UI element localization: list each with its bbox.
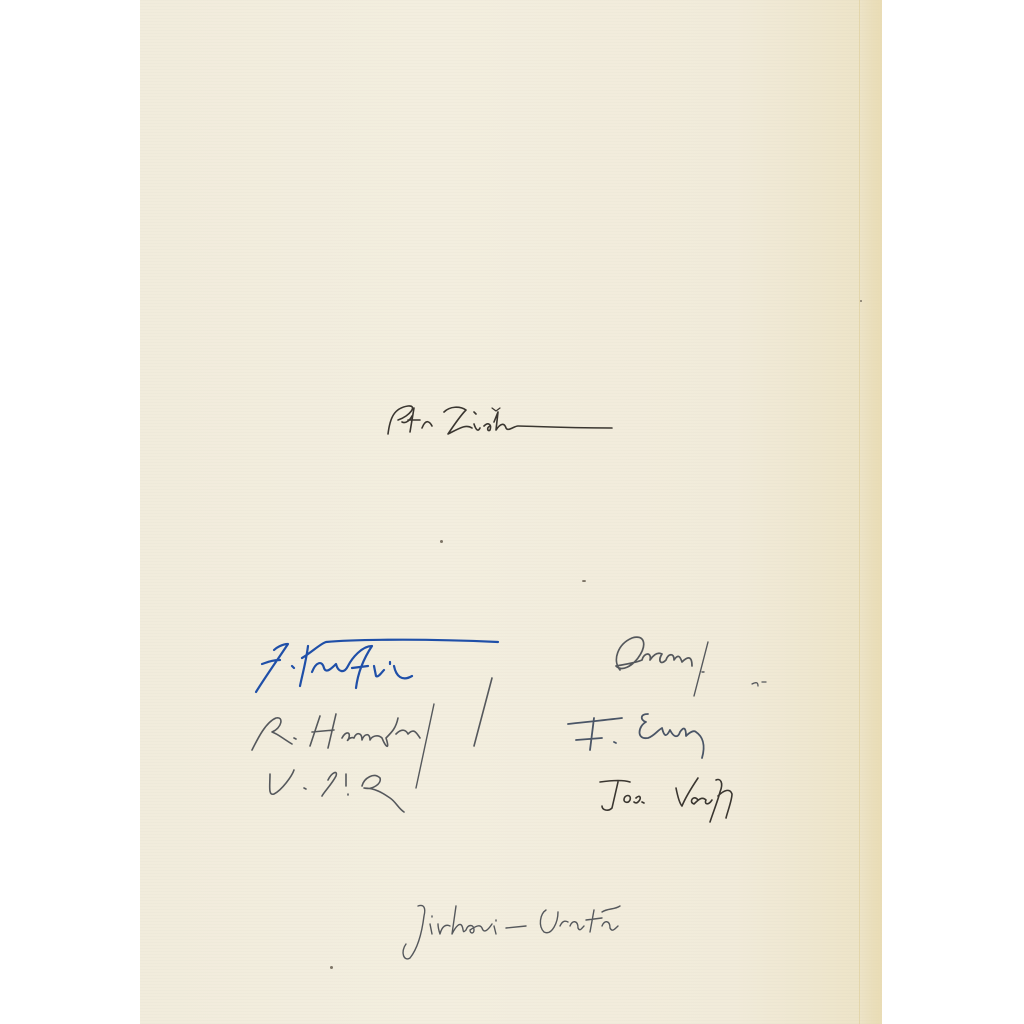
signature-olexa-ink: [608, 624, 788, 704]
dedication-jirkovi-vrata-ink: [398, 896, 648, 968]
signature-olexa: Olexa: [608, 624, 788, 704]
signature-f-emler-ink: [566, 706, 766, 766]
signature-jos-vach-ink: [594, 770, 764, 840]
signature-r-hanych-ink: [246, 702, 506, 762]
paper-speck: [330, 966, 333, 969]
signature-r-hanych: R. Hanych: [246, 702, 506, 762]
signature-petr-viecka: Petr Viečka: [380, 398, 620, 448]
paper-speck: [860, 300, 862, 302]
paper-speck: [582, 580, 586, 582]
dedication-jirkovi-vrata: Jirkovi – Vrata: [398, 896, 648, 968]
signature-petr-viecka-ink: [380, 398, 620, 448]
paper-speck: [440, 540, 443, 543]
signature-v-trefil-ink: [252, 632, 512, 702]
paper-edge-strip: [859, 0, 882, 1024]
paper-sheet: [140, 0, 882, 1024]
signature-v-silovsky: V. Silovský: [264, 760, 464, 820]
signature-f-emler: F. Emler: [566, 706, 766, 766]
signature-v-silovsky-ink: [264, 760, 464, 820]
signature-jos-vach: Jos. Vach: [594, 770, 764, 840]
signature-v-trefil: V. Trefil: [252, 632, 512, 702]
